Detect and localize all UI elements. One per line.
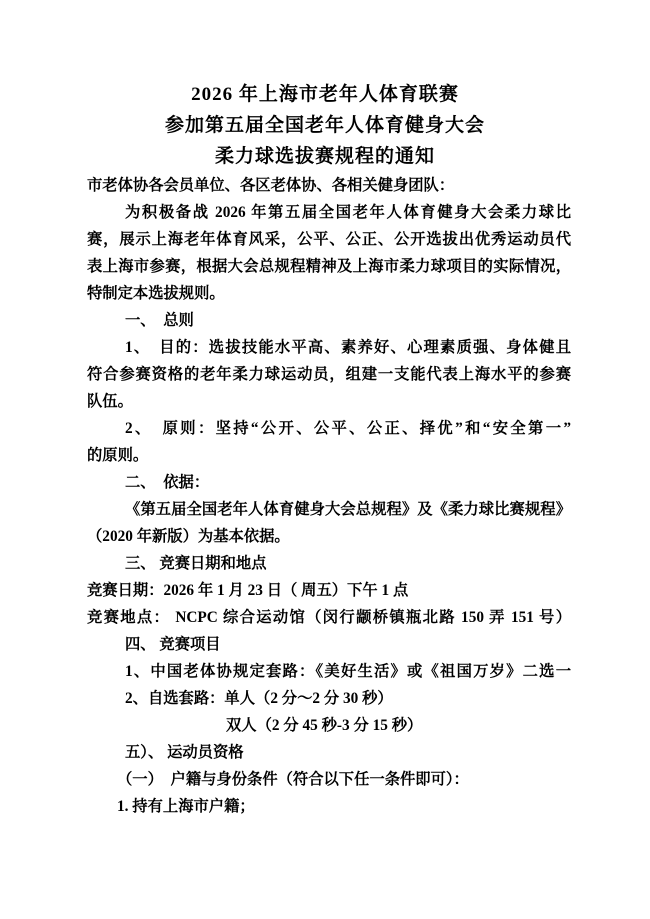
event-optional-double-line: 双人（2 分 45 秒-3 分 15 秒） xyxy=(87,712,571,739)
competition-date-line: 竞赛日期：2026 年 1 月 23 日（ 周五）下午 1 点 xyxy=(87,577,571,604)
document-page: 2026 年上海市老年人体育联赛 参加第五届全国老年人体育健身大会 柔力球选拔赛… xyxy=(0,0,650,919)
doc-title-line-2: 参加第五届全国老年人体育健身大会 xyxy=(0,110,650,141)
document-body: 市老体协各会员单位、各区老体协、各相关健身团队： 为积极备战 2026 年第五届… xyxy=(87,172,571,820)
basis-line-1: 《第五届全国老年人体育健身大会总规程》及《柔力球比赛规程》 xyxy=(87,496,571,523)
section-5-heading: 五）、 运动员资格 xyxy=(87,739,571,766)
intro-paragraph-line-1: 为积极备战 2026 年第五届全国老年人体育健身大会柔力球比 xyxy=(87,199,571,226)
eligibility-condition-heading: （一） 户籍与身份条件（符合以下任一条件即可）： xyxy=(87,766,571,793)
section-1-heading: 一、 总则 xyxy=(87,307,571,334)
event-required-routine-line: 1、中国老体协规定套路：《美好生活》或《祖国万岁》二选一 xyxy=(87,658,571,685)
intro-paragraph-line-4: 特制定本选拔规则。 xyxy=(87,280,571,307)
document-title-block: 2026 年上海市老年人体育联赛 参加第五届全国老年人体育健身大会 柔力球选拔赛… xyxy=(0,0,650,172)
doc-title-line-3: 柔力球选拔赛规程的通知 xyxy=(0,141,650,172)
eligibility-item-1: 1. 持有上海市户籍； xyxy=(87,793,571,820)
salutation-line: 市老体协各会员单位、各区老体协、各相关健身团队： xyxy=(87,172,571,199)
purpose-item-line-2: 符合参赛资格的老年柔力球运动员，组建一支能代表上海水平的参赛 xyxy=(87,361,571,388)
purpose-item-line-3: 队伍。 xyxy=(87,388,571,415)
section-2-heading: 二、 依据： xyxy=(87,469,571,496)
principle-item-line-2: 的原则。 xyxy=(87,442,571,469)
principle-item-line-1: 2、 原则：坚持“公开、公平、公正、择优”和“安全第一” xyxy=(87,415,571,442)
intro-paragraph-line-2: 赛，展示上海老年体育风采，公平、公正、公开选拔出优秀运动员代 xyxy=(87,226,571,253)
section-4-heading: 四、 竞赛项目 xyxy=(87,631,571,658)
intro-paragraph-line-3: 表上海市参赛，根据大会总规程精神及上海市柔力球项目的实际情况， xyxy=(87,253,571,280)
basis-line-2: （2020 年新版）为基本依据。 xyxy=(87,523,571,550)
purpose-item-line-1: 1、 目的：选拔技能水平高、素养好、心理素质强、身体健且 xyxy=(87,334,571,361)
event-optional-single-line: 2、自选套路：单人（2 分～2 分 30 秒） xyxy=(87,685,571,712)
doc-title-line-1: 2026 年上海市老年人体育联赛 xyxy=(0,79,650,110)
competition-venue-line: 竞赛地点： NCPC 综合运动馆（闵行颛桥镇瓶北路 150 弄 151 号） xyxy=(87,604,571,631)
section-3-heading: 三、 竞赛日期和地点 xyxy=(87,550,571,577)
